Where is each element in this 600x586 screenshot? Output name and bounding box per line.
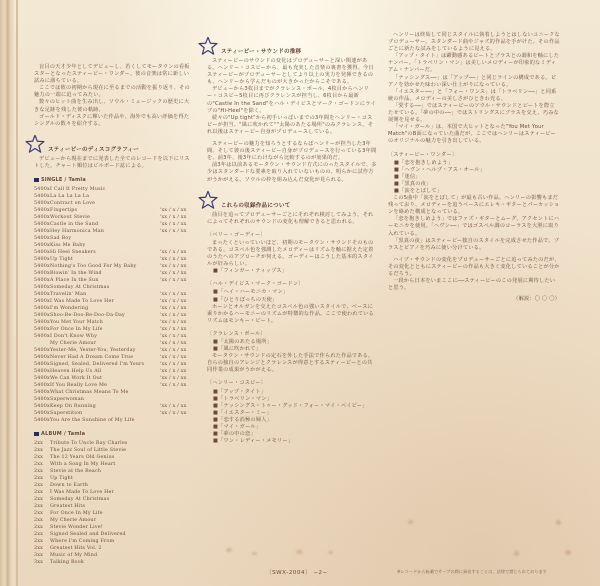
- discography-row: 2xxI Was Made To Love Her: [34, 489, 194, 496]
- paragraph: 盲目の天才少年としてデビューし、若くしてモータウンの看板スターとなったスティービ…: [34, 64, 194, 85]
- song-title: Greatest Hits: [50, 503, 194, 510]
- discography-row: 5400xShoo-Be-Doo-Be-Doo-Da-Day'xx / x / …: [34, 312, 194, 319]
- discography-row: 5400xTravelin' Man'xx / x / xx: [34, 291, 194, 298]
- albums-list: 2xxTribute To Uncle Ray Charles2xxThe Ja…: [34, 440, 194, 566]
- catalog-number: 5400x: [34, 214, 50, 221]
- age-spot: [408, 520, 413, 524]
- discography-row: 5400xYou Are the Sunshine of My Life: [34, 417, 194, 424]
- release-date: 'xx / x / xx: [160, 340, 194, 347]
- song-title: What Christmas Means To Me: [50, 389, 160, 396]
- release-date: 'xx / x / xx: [160, 354, 194, 361]
- catalog-number: 5400x: [34, 270, 50, 277]
- song-title: I Don't Know Why: [50, 333, 160, 340]
- song-title: Keep On Running: [50, 403, 160, 410]
- catalog-number: 2xx: [34, 454, 50, 461]
- song-bullet: ■「ヘイ・ハーモニカ・マン」: [207, 289, 377, 296]
- release-date: 'xx / x / xx: [160, 214, 194, 221]
- discography-row: 5400xFingertips'xx / x / xx: [34, 207, 194, 214]
- song-bullet: ■「フィンガー・ティップス」: [207, 268, 377, 275]
- producer-block: 〔クラレンス・ポール〕 ■「太陽のあたる場所」 ■「風に吹かれて」 モータウン・…: [207, 331, 377, 375]
- song-title: Stevie Wonder Live!: [50, 524, 194, 531]
- discography-row: 5400xCastle in the Sand'xx / x / xx: [34, 221, 194, 228]
- catalog-number: 5400x: [34, 291, 50, 298]
- paragraph: スティービーの魅力を知ろうとするならばヘンリーが担当した3年間、そして彼の後ステ…: [207, 141, 377, 162]
- song-title: Hi Heel Sneakers: [50, 249, 160, 256]
- column-1: 盲目の天才少年としてデビューし、若くしてモータウンの看板スターとなったスティービ…: [34, 64, 194, 566]
- paragraph: ここでは彼の初期から現在に至るまでの活動を振り返り、その魅力の一端に迫ってみたい…: [34, 85, 194, 99]
- discography-row: 5400xWorkout Stevie'xx / x / xx: [34, 214, 194, 221]
- release-date: 'xx / x / xx: [160, 375, 194, 382]
- song-bullet: ■「ワン・レディー・メモリー」: [207, 438, 377, 445]
- catalog-number: 2xx: [34, 489, 50, 496]
- age-spot: [514, 551, 519, 556]
- catalog-number: [34, 340, 50, 347]
- release-date: 'xx / x / xx: [160, 298, 194, 305]
- release-date: [160, 389, 194, 396]
- discography-row: 2xxMy Cherie Amour: [34, 517, 194, 524]
- catalog-number: 5400x: [34, 277, 50, 284]
- release-date: [160, 186, 194, 193]
- paragraph: ヘンリーは終始して同じスタイルに執着しようとはしないユニークなプロデューサー。ス…: [388, 32, 560, 53]
- discography-row: 2xxWhere I'm Coming From: [34, 538, 194, 545]
- release-date: 'xx / x / xx: [160, 305, 194, 312]
- song-bullet: ■「アップ・タイト」: [207, 389, 377, 396]
- paragraph: 「イエスター──」と「フォー・ワンス」は「トラベリン──」と同系統の作品。メロデ…: [388, 89, 560, 103]
- star-outline-icon: [24, 134, 46, 154]
- discography-singles: SINGLE / Tamla 5400xI Call It Pretty Mus…: [34, 177, 194, 424]
- song-title: If You Really Love Me: [50, 382, 160, 389]
- song-title: I Was Made To Love Her: [50, 489, 194, 496]
- release-date: 'xx / x / xx: [160, 263, 194, 270]
- song-title: Sad Boy: [50, 235, 160, 242]
- discography-row: 2xxStevie Wonder Live!: [34, 524, 194, 531]
- catalog-number: 5400x: [34, 242, 50, 249]
- discography-row: 5400xKiss Me Baby: [34, 242, 194, 249]
- song-bullet: ■「恋する消極の婦人」: [207, 417, 377, 424]
- song-bullet: ■「黒真の夜」: [388, 181, 560, 188]
- release-date: 'xx / x / xx: [160, 312, 194, 319]
- song-title: You Met Your Match: [50, 319, 160, 326]
- section-header-discography: スティービーのディスコグラフィー: [24, 134, 194, 154]
- song-bullet: ■「トラベリン・マン」: [207, 396, 377, 403]
- release-date: 'xx / x / xx: [160, 319, 194, 326]
- paragraph: 「ナッシングス──」は「アップ──」と同じラインの構成である。ピアノを効かせた味…: [388, 75, 560, 89]
- catalog-number: 5400x: [34, 389, 50, 396]
- discography-row: 2xxStevie at the Beach: [34, 468, 194, 475]
- age-spot: [296, 550, 303, 554]
- discography-row: 5400xContract on Love: [34, 200, 194, 207]
- discography-row: 5400xSuperstition'xx / x / xx: [34, 410, 194, 417]
- song-title: I'm Wondering: [50, 305, 160, 312]
- release-date: 'xx / x / xx: [160, 207, 194, 214]
- release-date: 'xx / x / xx: [160, 249, 194, 256]
- song-title: Greatest Hits Vol. 2: [50, 545, 194, 552]
- catalog-number: 2xx: [34, 440, 50, 447]
- song-title: I Was Made To Love Her: [50, 298, 160, 305]
- release-date: 'xx / x / xx: [160, 326, 194, 333]
- release-date: 'xx / x / xx: [160, 256, 194, 263]
- discography-row: 5400xLa La La La La: [34, 193, 194, 200]
- catalog-number: 5400x: [34, 284, 50, 291]
- paragraph: 「黒真の夜」はスティービー独自のスタイルを完成させた作品で、ブラスとピアノを巧み…: [388, 238, 560, 252]
- release-date: 'xx / x / xx: [160, 270, 194, 277]
- song-title: Shoo-Be-Doo-Be-Doo-Da-Day: [50, 312, 160, 319]
- sleeve-spine-edge: [0, 0, 14, 586]
- song-title: My Cherie Amour: [50, 340, 160, 347]
- page-footer: 〔SWX-2004〕 −2−: [266, 568, 328, 576]
- paragraph: 数々のヒット曲を生み出し、ソウル・ミュージックの歴史に大きな足跡を残した彼の軌跡…: [34, 99, 194, 113]
- release-date: [160, 284, 194, 291]
- discography-row: 2xxTribute To Uncle Ray Charles: [34, 440, 194, 447]
- release-date: 'xx / x / xx: [160, 277, 194, 284]
- discography-albums: ALBUM / Tamla 2xxTribute To Uncle Ray Ch…: [34, 431, 194, 566]
- discography-row: 5400xSad Boy: [34, 235, 194, 242]
- song-title: The Jazz Soul of Little Stevie: [50, 447, 194, 454]
- column-3: ヘンリーは終始して同じスタイルに執着しようとはしないユニークなプロデューサー。ス…: [388, 30, 560, 303]
- discography-row: 5400xHi Heel Sneakers'xx / x / xx: [34, 249, 194, 256]
- catalog-number: 3xx: [34, 559, 50, 566]
- catalog-number: 2xx: [34, 496, 50, 503]
- discography-row: 5400xWhat Christmas Means To Me: [34, 389, 194, 396]
- paragraph: 前3年は以前あるモータウン・サウンド方式にのったスタイルで、多少はスタンダードな…: [207, 162, 377, 183]
- song-title: Up Tight: [50, 256, 160, 263]
- producer-name: 〔ベリー・ゴーディー〕: [207, 232, 377, 239]
- song-title: Superstition: [50, 410, 160, 417]
- catalog-number: 2xx: [34, 510, 50, 517]
- catalog-number: 5400x: [34, 235, 50, 242]
- catalog-number: 5400x: [34, 361, 50, 368]
- discography-row: 5400xKeep On Running'xx / x / xx: [34, 403, 194, 410]
- release-date: [160, 242, 194, 249]
- catalog-number: 5400x: [34, 319, 50, 326]
- producer-name: 〔クラレンス・ポール〕: [207, 331, 377, 338]
- release-date: [160, 200, 194, 207]
- discography-row: 5400xI Don't Know Why'xx / x / xx: [34, 333, 194, 340]
- song-title: Travelin' Man: [50, 291, 160, 298]
- catalog-number: 5400x: [34, 200, 50, 207]
- paragraph: 「恋を抱きしめよう」ではファズ・ギターとムーグ、アクセントにハーモニカを使用。「…: [388, 216, 560, 237]
- song-title: Signed, Sealed, Delivered I'm Yours: [50, 361, 160, 368]
- song-title: For Once In My Life: [50, 326, 160, 333]
- song-title: Stevie at the Beach: [50, 468, 194, 475]
- release-date: 'xx / x / xx: [160, 382, 194, 389]
- discography-row: 5400xFor Once In My Life'xx / x / xx: [34, 326, 194, 333]
- catalog-number: 2xx: [34, 538, 50, 545]
- release-date: [160, 193, 194, 200]
- catalog-number: 5400x: [34, 347, 50, 354]
- paragraph: 一段から日本をいまここに──スティービーのこの発展に期待したいと思う。: [388, 278, 560, 292]
- paragraph: スティービーのサウンドの変化はプロデューサーと深い関連がある。ヘンリー・コスビー…: [207, 58, 377, 86]
- discography-row: 5400xWe Can Work It Out'xx / x / xx: [34, 375, 194, 382]
- catalog-number: 5400x: [34, 228, 50, 235]
- paragraph: ホーンとオルガンを交えたコスペル色の強いスタイルで、ベースに乗りかかるハーモニー…: [207, 304, 377, 325]
- song-title: Heaven Help Us All: [50, 368, 160, 375]
- catalog-number: 5400x: [34, 417, 50, 424]
- paragraph: ハイブ・サウンドの変化をプロデューサーごとに追ってみたのだが、その変化とともにス…: [388, 257, 560, 278]
- discography-row: 2xxGreatest Hits: [34, 503, 194, 510]
- intro-text: 盲目の天才少年としてデビューし、若くしてモータウンの看板スターとなったスティービ…: [34, 64, 194, 128]
- release-date: 'xx / x / xx: [160, 368, 194, 375]
- release-date: 'xx / x / xx: [160, 410, 194, 417]
- song-bullet: ■「迷信」: [388, 174, 560, 181]
- paragraph: この5曲中「涙をとばして」が最も古い作品。ヘンリーの影響もまだ残っており、メロデ…: [388, 195, 560, 216]
- discography-row: 5400xNothing's Too Good For My Baby'xx /…: [34, 263, 194, 270]
- discography-row: 3xxMusic of My Mind: [34, 552, 194, 559]
- song-title: La La La La La: [50, 193, 160, 200]
- paragraph: デビューから3枚目までがクラレンス・ポール、4枚目からヘンリー・コスビー5枚目に…: [207, 86, 377, 114]
- age-spot: [565, 550, 571, 555]
- discography-row: 2xxWith a Song In My Heart: [34, 461, 194, 468]
- catalog-number: 2xx: [34, 524, 50, 531]
- author-credit: （解説：〇 〇 〇）: [388, 296, 560, 303]
- release-date: 'xx / x / xx: [160, 361, 194, 368]
- discography-row: 5400xYou Met Your Match'xx / x / xx: [34, 319, 194, 326]
- catalog-number: 5400x: [34, 333, 50, 340]
- catalog-number: 2xx: [34, 475, 50, 482]
- song-title: I Call It Pretty Music: [50, 186, 160, 193]
- discography-row: 5400xHey Harmonica Man'xx / x / xx: [34, 228, 194, 235]
- square-bullet-icon: [34, 432, 39, 436]
- producer-name: 〔ヘンリー・コスビー〕: [207, 380, 377, 387]
- song-title: Blowin' In the Wind: [50, 270, 160, 277]
- producer-block: 〔ベリー・ゴーディー〕 まったくといっていいほど、初期のモータウン・サウンドその…: [207, 232, 377, 276]
- discography-row: 5400xYester-Me, Yester-You, Yesterday'xx…: [34, 347, 194, 354]
- copyright-note: ※レコードから転載でサーブの際に録音することは、法律で禁じられております: [397, 569, 547, 575]
- catalog-number: 2xx: [34, 545, 50, 552]
- paragraph: 「アップ・タイト」は躍動感あるビートとブラスとの調和を軸にしたナンバー。「トラベ…: [388, 53, 560, 74]
- song-bullet: ■「涙をとばして」: [388, 188, 560, 195]
- singles-list: 5400xI Call It Pretty Music5400xLa La La…: [34, 186, 194, 424]
- discography-row: 2xxThe Jazz Soul of Little Stevie: [34, 447, 194, 454]
- catalog-number: 5400x: [34, 396, 50, 403]
- release-date: 'xx / x / xx: [160, 347, 194, 354]
- song-title: Never Had A Dream Come True: [50, 354, 160, 361]
- discography-row: 5400xI Was Made To Love Her'xx / x / xx: [34, 298, 194, 305]
- age-spot: [226, 548, 232, 552]
- song-title: Workout Stevie: [50, 214, 160, 221]
- paragraph: 「マイ・ガール」は、本国で大ヒットとなった"You Met Your Match…: [388, 124, 560, 145]
- catalog-number: 5400x: [34, 326, 50, 333]
- discography-row: My Cherie Amour'xx / x / xx: [34, 340, 194, 347]
- section-intro: デビューから現在までに発表した全てのレコードを以下にリストした。チャート順位はビ…: [34, 156, 194, 170]
- song-title: Someday At Christmas: [50, 496, 194, 503]
- discography-row: 5400xNever Had A Dream Come True'xx / x …: [34, 354, 194, 361]
- release-date: 'xx / x / xx: [160, 333, 194, 340]
- producer-block: 〔ハル・デイビス・マーク・ゴードン〕 ■「ヘイ・ハーモニカ・マン」 ■「ひとりぼ…: [207, 281, 377, 325]
- catalog-number: 2xx: [34, 517, 50, 524]
- song-title: Kiss Me Baby: [50, 242, 160, 249]
- release-date: 'xx / x / xx: [160, 403, 194, 410]
- paragraph: モータウン・サウンドの定石を外した手法で作られた作品である。自らの独自のアレンジ…: [207, 353, 377, 374]
- catalog-number: 5400x: [34, 207, 50, 214]
- song-title: Nothing's Too Good For My Baby: [50, 263, 160, 270]
- catalog-number: 5400x: [34, 298, 50, 305]
- paragraph: ゴールド・ディスクに輝いた作品や、海外でも高い評価を得たシングルの数々を紹介する…: [34, 114, 194, 128]
- release-date: 'xx / x / xx: [160, 291, 194, 298]
- song-title: Superwoman: [50, 396, 160, 403]
- release-date: 'xx / x / xx: [160, 221, 194, 228]
- discography-row: 5400xSomeday At Christmas: [34, 284, 194, 291]
- catalog-number: 5400x: [34, 193, 50, 200]
- catalog-number: 5400x: [34, 375, 50, 382]
- song-title: Contract on Love: [50, 200, 160, 207]
- discography-row: 2xxGreatest Hits Vol. 2: [34, 545, 194, 552]
- song-title: Up Tight: [50, 475, 194, 482]
- song-title: A Place In the Sun: [50, 277, 160, 284]
- catalog-number: 5400x: [34, 256, 50, 263]
- section-title: スティービー・サウンドの推移: [221, 49, 301, 56]
- section-header-works: これらの収録作品について: [197, 190, 377, 210]
- song-title: Where I'm Coming From: [50, 538, 194, 545]
- discography-row: 2xxFor Once In My Life: [34, 510, 194, 517]
- catalog-number: 5400x: [34, 186, 50, 193]
- song-bullet: ■「ひとりぼっちの天使」: [207, 297, 377, 304]
- catalog-number: 5400x: [34, 382, 50, 389]
- paragraph: 「愛する──」ではスティービーのソウル・サウンドとビートを際立たせている。「夢の…: [388, 103, 560, 124]
- discography-row: 5400xIf You Really Love Me'xx / x / xx: [34, 382, 194, 389]
- discography-row: 2xxThe 12 Years Old Genius: [34, 454, 194, 461]
- stevie-heading: 〔スティービー・ワンダー〕: [388, 152, 560, 159]
- song-title: Signed Sealed and Delivered: [50, 531, 194, 538]
- catalog-number: 5400x: [34, 410, 50, 417]
- song-title: Yester-Me, Yester-You, Yesterday: [50, 347, 160, 354]
- song-title: Fingertips: [50, 207, 160, 214]
- discography-row: 5400xI'm Wondering'xx / x / xx: [34, 305, 194, 312]
- song-title: You Are the Sunshine of My Life: [50, 417, 160, 424]
- song-title: Hey Harmonica Man: [50, 228, 160, 235]
- song-title: With a Song In My Heart: [50, 461, 194, 468]
- paragraph: 曲目を追ってプロデューサーごとにそれぞれ検討してみよう。それによってそれぞれのサ…: [207, 212, 377, 226]
- catalog-number: 5400x: [34, 368, 50, 375]
- section-title: スティービーのディスコグラフィー: [48, 147, 139, 154]
- catalog-number: 2xx: [34, 461, 50, 468]
- catalog-number: 3xx: [34, 552, 50, 559]
- catalog-number: 5400x: [34, 312, 50, 319]
- catalog-number: 5400x: [34, 221, 50, 228]
- release-date: [160, 417, 194, 424]
- albums-header: ALBUM / Tamla: [34, 431, 194, 438]
- song-title: Music of My Mind: [50, 552, 194, 559]
- discography-row: 5400xBlowin' In the Wind'xx / x / xx: [34, 270, 194, 277]
- section-title: これらの収録作品について: [221, 203, 290, 210]
- producer-name: 〔ハル・デイビス・マーク・ゴードン〕: [207, 281, 377, 288]
- release-date: 'xx / x / xx: [160, 228, 194, 235]
- catalog-number: 5400x: [34, 403, 50, 410]
- discography-row: 2xxSomeday At Christmas: [34, 496, 194, 503]
- song-title: We Can Work It Out: [50, 375, 160, 382]
- catalog-number: 5400x: [34, 263, 50, 270]
- catalog-number: 5400x: [34, 305, 50, 312]
- release-date: [160, 396, 194, 403]
- age-spot: [328, 551, 333, 554]
- song-title: My Cherie Amour: [50, 517, 194, 524]
- discography-row: 5400xHeaven Help Us All'xx / x / xx: [34, 368, 194, 375]
- discography-row: 2xxUp Tight: [34, 475, 194, 482]
- song-title: For Once In My Life: [50, 510, 194, 517]
- song-title: Someday At Christmas: [50, 284, 160, 291]
- song-bullet: ■「ヘヴン・ヘルプ・アス・オール」: [388, 167, 560, 174]
- discography-row: 5400xSuperwoman: [34, 396, 194, 403]
- discography-row: 3xxTalking Book: [34, 559, 194, 566]
- catalog-number: 5400x: [34, 249, 50, 256]
- paragraph: 続々の"Up tight"から初手いっぱいまでの3年間をヘンリー・コスビーが担当…: [207, 115, 377, 136]
- paragraph: まったくといっていいほど、初期のモータウン・サウンドそのものである。コスペル色を…: [207, 240, 377, 268]
- age-spot: [556, 520, 561, 525]
- square-bullet-icon: [34, 178, 39, 182]
- producer-block: 〔ヘンリー・コスビー〕 ■「アップ・タイト」 ■「トラベリン・マン」 ■「ナッシ…: [207, 380, 377, 445]
- song-bullet: ■「恋を抱きしめよう」: [388, 160, 560, 167]
- song-title: The 12 Years Old Genius: [50, 454, 194, 461]
- discography-row: 5400xSigned, Sealed, Delivered I'm Yours…: [34, 361, 194, 368]
- song-bullet: ■「ナッシングス・トゥー・グッド・フォー・マイ・ベイビー」: [207, 403, 377, 410]
- song-bullet: ■「イエスター・ミー」: [207, 410, 377, 417]
- discography-row: 5400xA Place In the Sun'xx / x / xx: [34, 277, 194, 284]
- discography-row: 2xxDown to Earth: [34, 482, 194, 489]
- age-spot: [252, 552, 257, 555]
- catalog-number: 2xx: [34, 531, 50, 538]
- singles-header: SINGLE / Tamla: [34, 177, 194, 184]
- catalog-number: 2xx: [34, 503, 50, 510]
- release-date: [160, 235, 194, 242]
- catalog-number: 2xx: [34, 468, 50, 475]
- discography-row: 5400xUp Tight'xx / x / xx: [34, 256, 194, 263]
- catalog-number: 2xx: [34, 482, 50, 489]
- catalog-number: 5400x: [34, 354, 50, 361]
- catalog-number: 2xx: [34, 447, 50, 454]
- column-2: スティービー・サウンドの推移 スティービーのサウンドの変化はプロデューサーと深い…: [207, 30, 377, 445]
- song-title: Talking Book: [50, 559, 194, 566]
- discography-row: 2xxSigned Sealed and Delivered: [34, 531, 194, 538]
- song-title: Down to Earth: [50, 482, 194, 489]
- section-header-sound-history: スティービー・サウンドの推移: [197, 36, 377, 56]
- star-outline-icon: [197, 190, 219, 210]
- song-title: Castle in the Sand: [50, 221, 160, 228]
- song-title: Tribute To Uncle Ray Charles: [50, 440, 194, 447]
- star-outline-icon: [197, 36, 219, 56]
- discography-row: 5400xI Call It Pretty Music: [34, 186, 194, 193]
